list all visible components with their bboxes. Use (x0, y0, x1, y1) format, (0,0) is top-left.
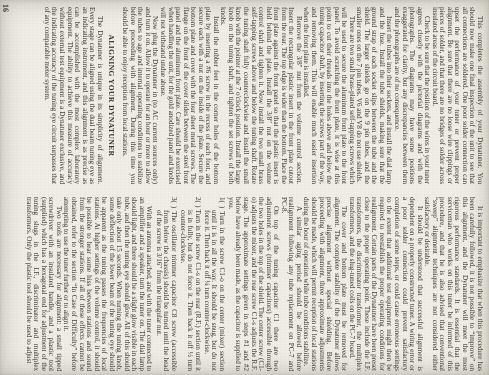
paragraph-group-intro: The Dynatuner is unique in its simplicit… (42, 7, 102, 184)
numbered-steps-list: 1( ) Turn in the screw C1-o on the cente… (154, 197, 225, 371)
paragraph-group-top: This completes the assembly of your Dyna… (121, 7, 483, 184)
section-heading: ALIGNING YOUR DYNATUNER (107, 7, 116, 184)
paragraph: Remove the 3/8″ nut from the volume cont… (219, 7, 302, 184)
column-right: It is important to emphasize that when t… (3, 197, 483, 371)
paragraph: Check to be sure that the position of th… (392, 7, 430, 184)
paragraph: Now plug the Dynatuner in (to AC current… (121, 7, 159, 184)
page-rotated-content: This completes the assembly of your Dyna… (0, 0, 489, 375)
column-left: This completes the assembly of your Dyna… (3, 7, 483, 184)
paragraph: 2( ) Turn in the screw C1-s on the rear … (178, 197, 201, 371)
page-number: 16 (1, 4, 10, 12)
paragraph: There are two small brass-plated self-ta… (302, 7, 355, 184)
paragraph-group-checkout: With an antenna attached, and with the t… (24, 197, 152, 371)
paragraph: Insert the tubes into their sockets, and… (355, 7, 393, 184)
paragraph: It is important to emphasize that when t… (423, 197, 483, 371)
scanned-page: This completes the assembly of your Dyna… (0, 0, 489, 375)
paragraph: The cover and bottom plate must be remov… (302, 197, 347, 371)
paragraph: 3( ) The oscillator trimmer capacitor C8… (154, 197, 177, 371)
paragraph: This completes the assembly of your Dyna… (430, 7, 483, 184)
paragraph: The Dynatuner is unique in its simplicit… (42, 7, 102, 184)
paragraph: It should be understood that successful … (347, 197, 422, 371)
paragraph: A similar aging period should be allowed… (279, 197, 302, 371)
paragraph-group-alignment-notes: It is important to emphasize that when t… (226, 197, 483, 371)
paragraph: With an antenna attached, and with the t… (62, 197, 153, 371)
paragraph: On top of the tuning capacitor C1 there … (226, 197, 279, 371)
paragraph: Two tools are necessary for alignment: a… (24, 197, 62, 371)
paragraph: Install the rubber feet in the corner ho… (158, 7, 218, 184)
paragraph: 1( ) Turn in the screw C1-o on the cente… (202, 197, 225, 371)
